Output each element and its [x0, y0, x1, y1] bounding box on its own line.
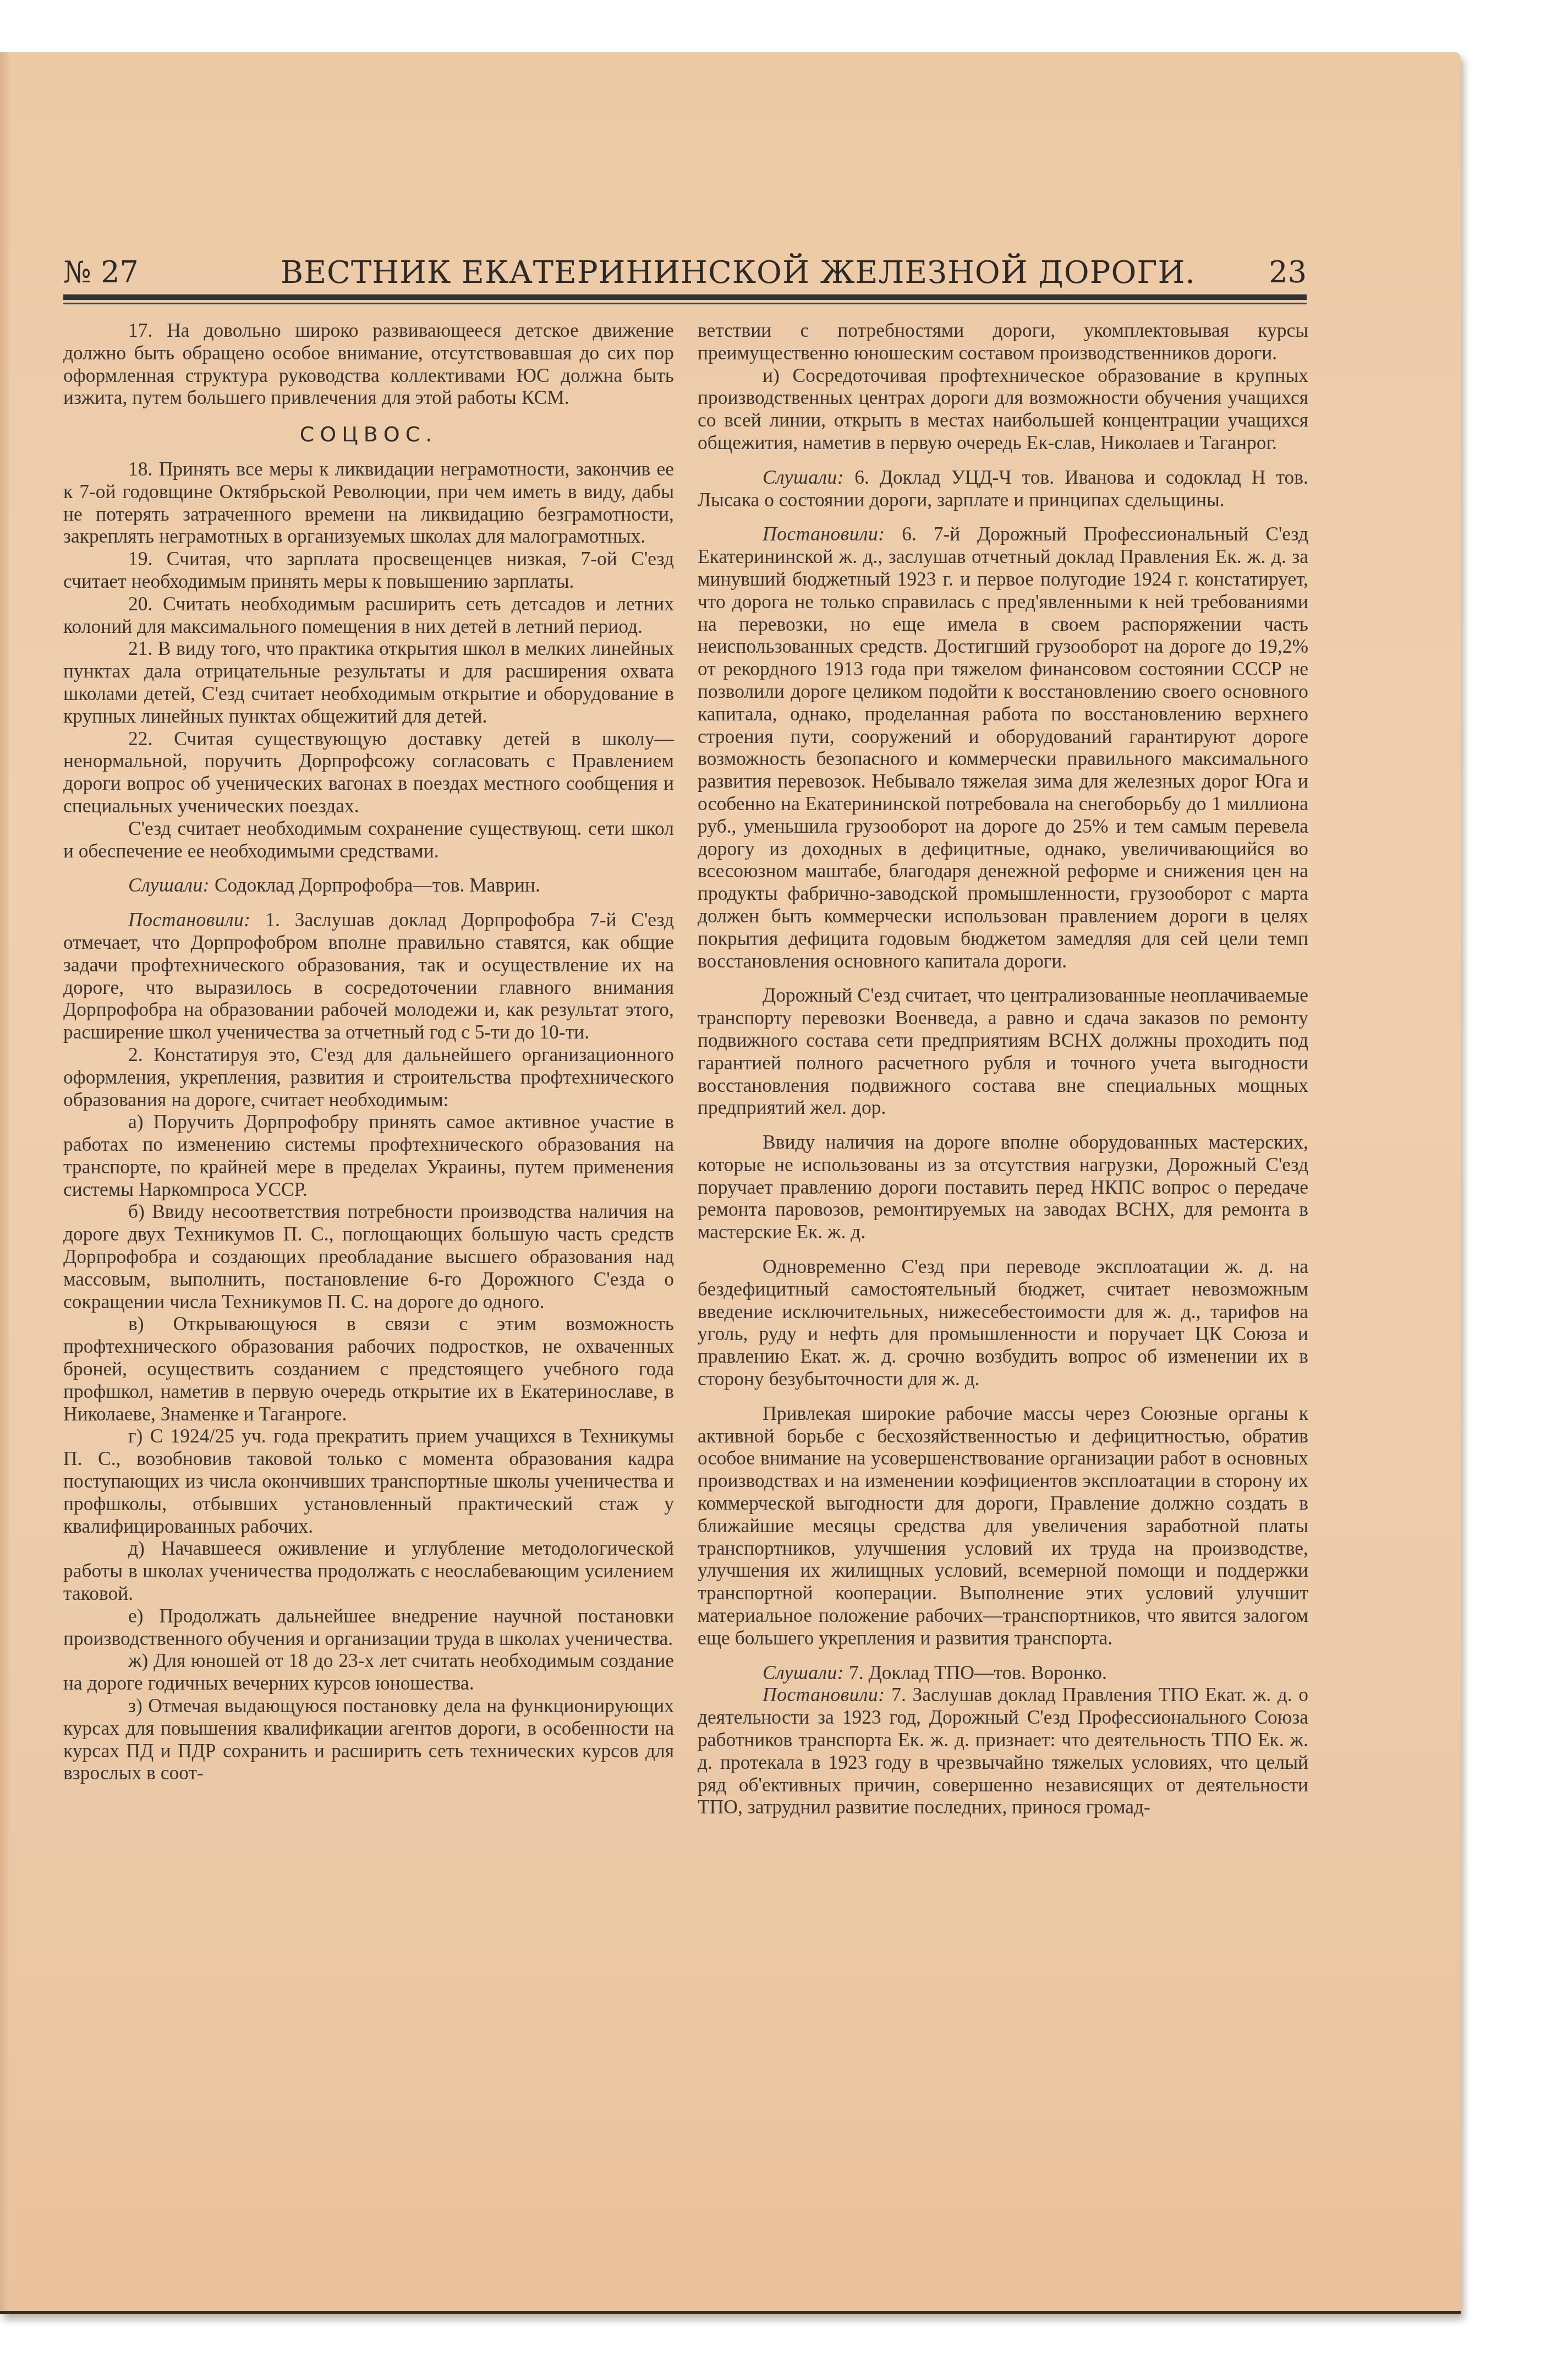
paragraph-masses: Привлекая широкие рабочие массы через Со… [698, 1402, 1308, 1649]
heard-dorprofobr: Слушали: Содоклад Дорпрофобра—тов. Маври… [63, 874, 674, 897]
heard-label: Слушали: [128, 874, 210, 896]
header-rule-thick [63, 294, 1307, 300]
resolved-6-label: Постановили: [763, 523, 885, 545]
paragraph-simultaneously: Одновременно С'езд при переводе эксплоат… [698, 1255, 1308, 1390]
heard-6-label: Слушали: [763, 466, 844, 488]
paragraph-workshops: Ввиду наличия на дороге вполне оборудова… [698, 1131, 1308, 1243]
resolved-7-label: Постановили: [763, 1684, 885, 1706]
paragraph-21: 21. В виду того, что практика открытия ш… [63, 637, 674, 727]
item-v: в) Открывающуюся в связи с этим возможно… [63, 1313, 674, 1425]
resolved-6: Постановили: 6. 7-й Дорожный Профессиона… [698, 523, 1308, 972]
item-e: е) Продолжать дальнейшее внедрение научн… [63, 1605, 674, 1650]
page-number: 23 [1269, 255, 1307, 289]
right-column: ветствии с потребностями дороги, укомпле… [698, 319, 1308, 1818]
paragraph-centralized: Дорожный С'езд считает, что централизова… [698, 984, 1308, 1119]
item-d: д) Начавшееся оживление и углубление мет… [63, 1537, 674, 1604]
heard-7: Слушали: 7. Доклад ТПО—тов. Воронко. [698, 1662, 1308, 1684]
item-i: и) Сосредоточивая профтехническое образо… [698, 364, 1308, 454]
paragraph-19: 19. Считая, что зарплата просвещенцев ни… [63, 548, 674, 593]
continued-text: ветствии с потребностями дороги, укомпле… [698, 319, 1308, 364]
heard-7-text: 7. Доклад ТПО—тов. Воронко. [849, 1662, 1107, 1684]
item-g: г) С 1924/25 уч. года прекратить прием у… [63, 1425, 674, 1537]
item-a: а) Поручить Дорпрофобру принять самое ак… [63, 1111, 674, 1200]
section-heading-socvos: СОЦВОС. [63, 423, 674, 446]
paragraph-18: 18. Принять все меры к ликвидации неграм… [63, 458, 674, 548]
resolved-6-text: 6. 7-й Дорожный Профессиональный С'езд Е… [698, 523, 1308, 971]
heard-6: Слушали: 6. Доклад УЦД-Ч тов. Иванова и … [698, 466, 1308, 511]
paragraph-20: 20. Считать необходимым расширить сеть д… [63, 593, 674, 638]
page-header: № 27 ВЕСТНИК ЕКАТЕРИНИНСКОЙ ЖЕЛЕЗНОЙ ДОР… [63, 255, 1307, 293]
resolved-1: Постановили: 1. Заслушав доклад Дорпрофо… [63, 909, 674, 1043]
item-b: б) Ввиду несоответствия потребности прои… [63, 1200, 674, 1313]
left-column: 17. На довольно широко развивающееся дет… [63, 319, 674, 1784]
heard-7-label: Слушали: [763, 1662, 844, 1684]
resolved-2: 2. Констатируя это, С'езд для дальнейшег… [63, 1043, 674, 1111]
resolved-label: Постановили: [128, 909, 251, 931]
item-zh: ж) Для юношей от 18 до 23-х лет считать … [63, 1649, 674, 1695]
item-z: з) Отмечая выдающуюся постановку дела на… [63, 1695, 674, 1784]
paragraph-22: 22. Считая существующую доставку детей в… [63, 728, 674, 817]
header-rule-thin [63, 303, 1307, 304]
publication-title: ВЕСТНИК ЕКАТЕРИНИНСКОЙ ЖЕЛЕЗНОЙ ДОРОГИ. [281, 255, 1196, 291]
heard-text: Содоклад Дорпрофобра—тов. Маврин. [215, 874, 540, 896]
resolved-7: Постановили: 7. Заслушав доклад Правлени… [698, 1684, 1308, 1818]
newspaper-page: № 27 ВЕСТНИК ЕКАТЕРИНИНСКОЙ ЖЕЛЕЗНОЙ ДОР… [0, 52, 1461, 2314]
issue-number: № 27 [63, 255, 139, 289]
paragraph-22b: С'езд считает необходимым сохранение сущ… [63, 817, 674, 862]
paragraph-17: 17. На довольно широко развивающееся дет… [63, 319, 674, 409]
